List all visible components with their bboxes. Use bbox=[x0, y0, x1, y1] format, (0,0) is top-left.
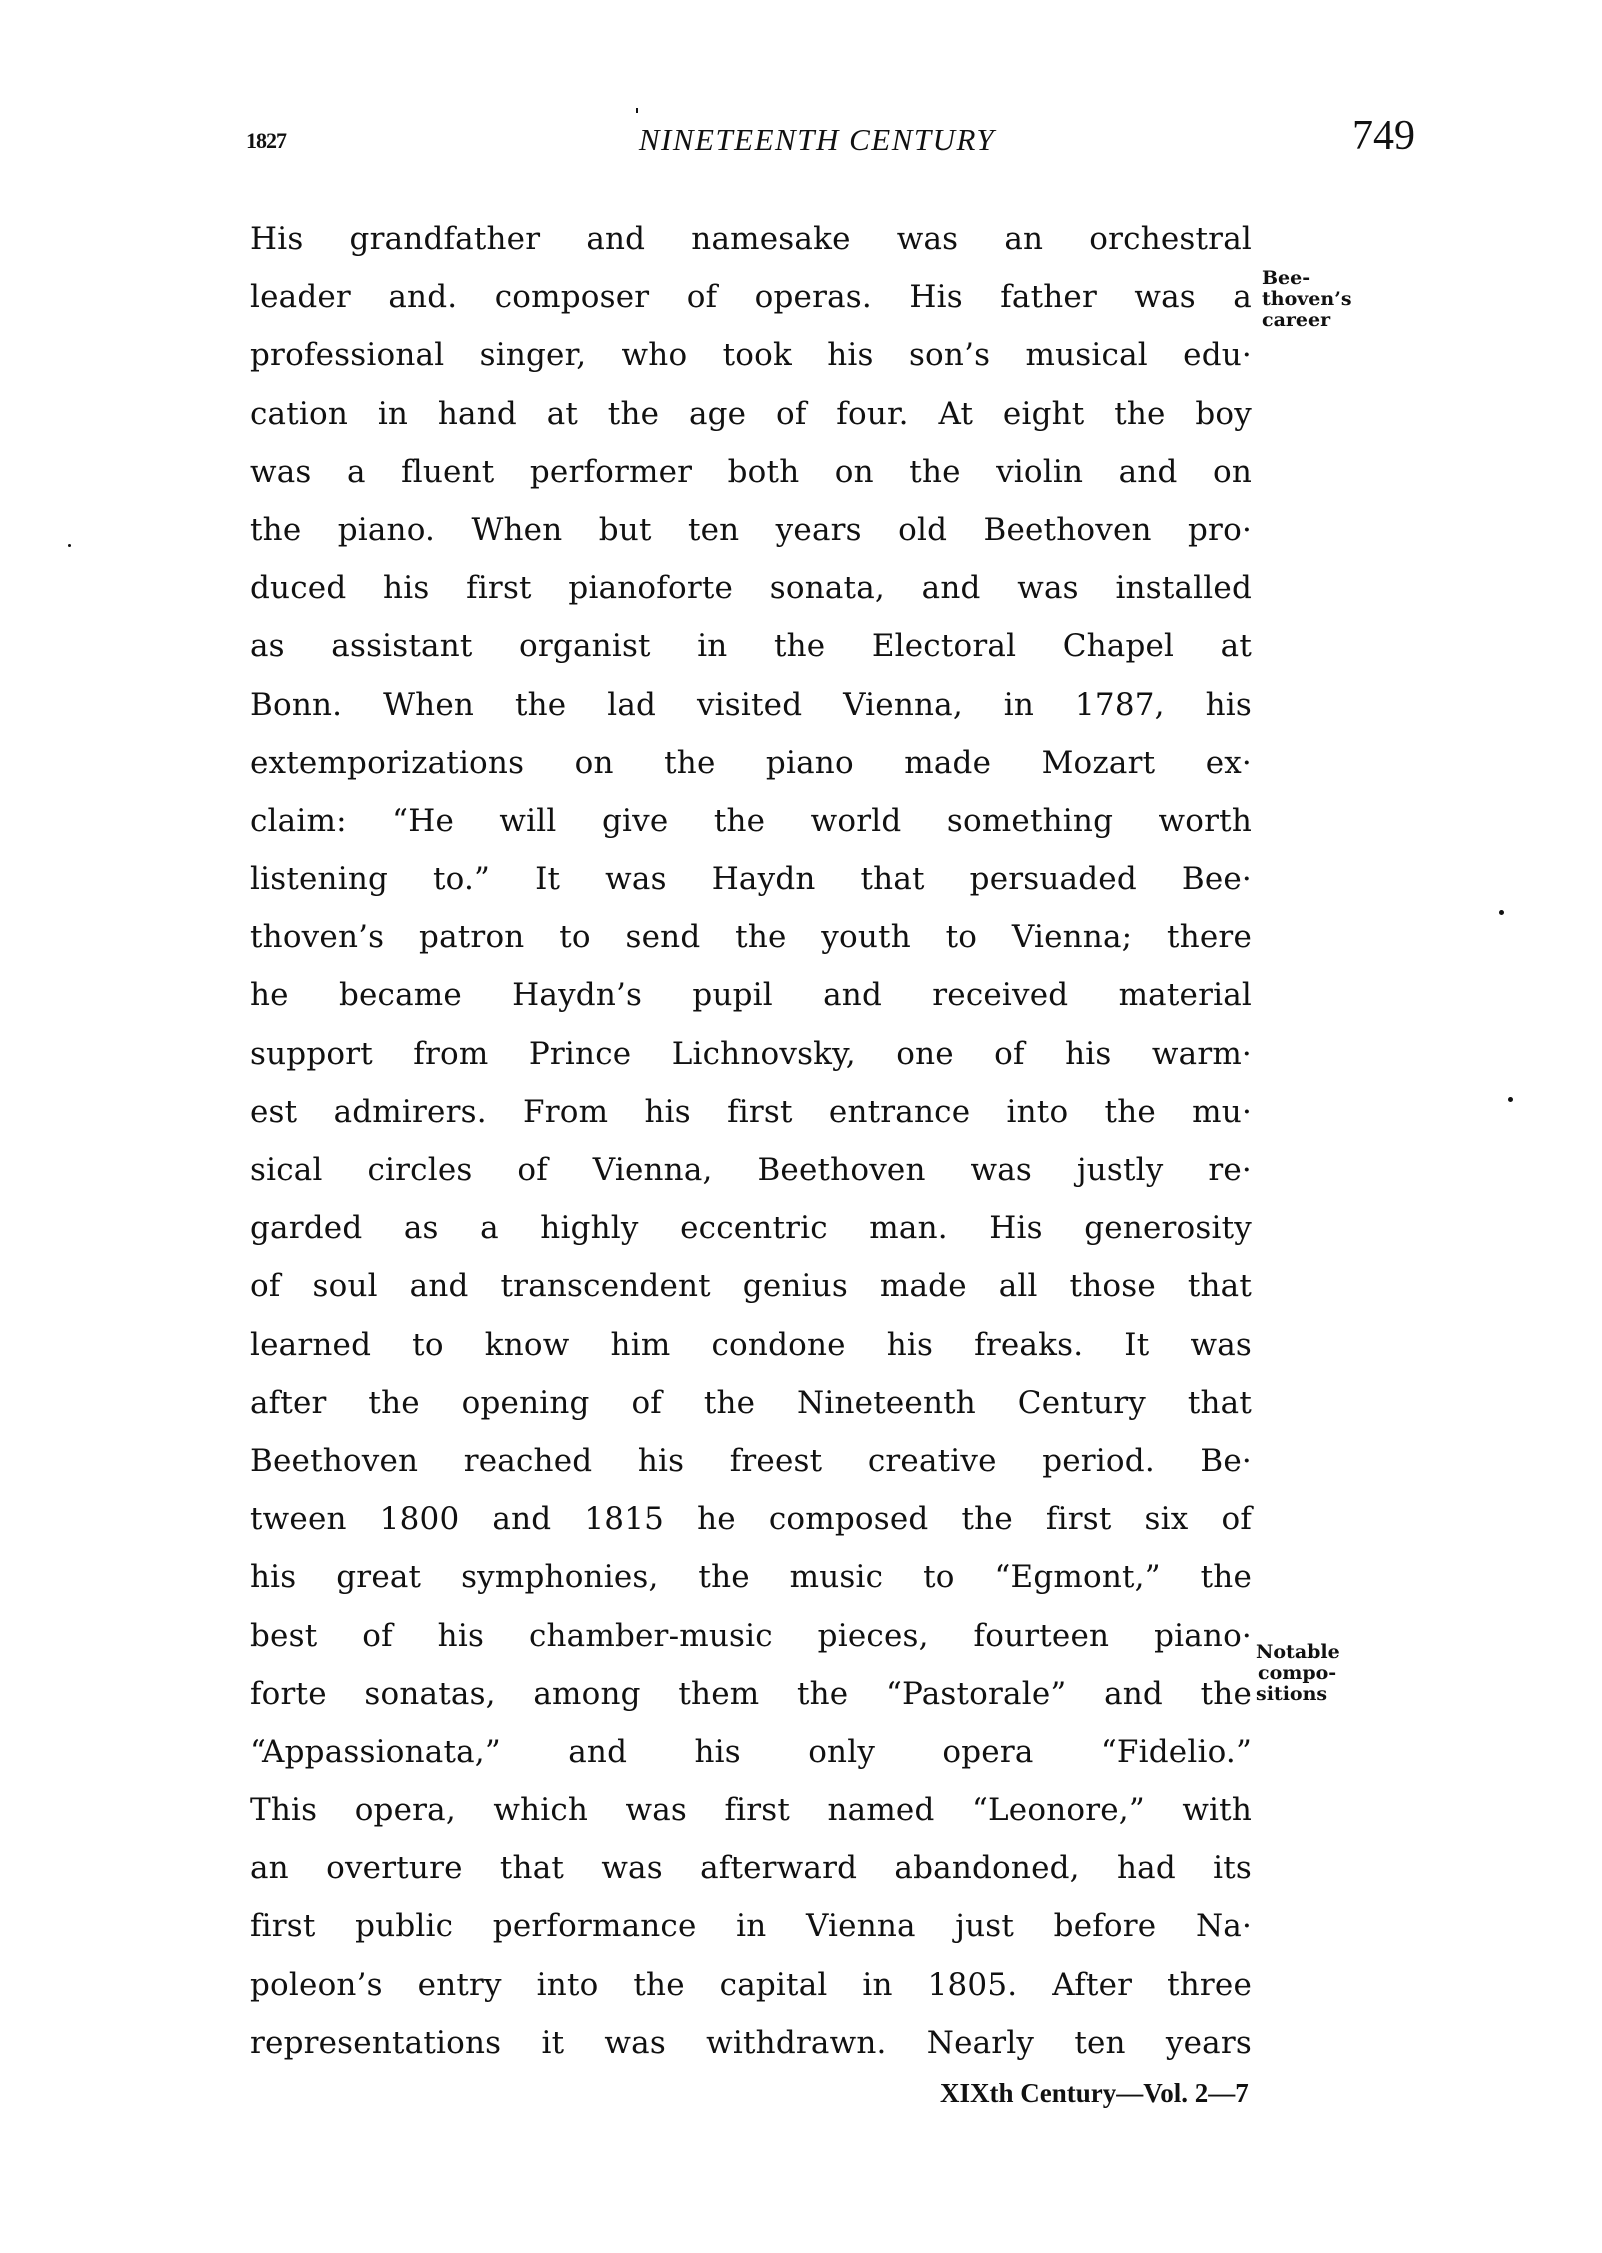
text-line: poleon’s entry into the capital in 1805.… bbox=[250, 1956, 1252, 2014]
text-line: he became Haydn’s pupil and received mat… bbox=[250, 966, 1252, 1024]
scan-speck bbox=[1508, 1097, 1513, 1102]
text-line: of soul and transcendent genius made all… bbox=[250, 1257, 1252, 1315]
text-line: professional singer, who took his son’s … bbox=[250, 326, 1252, 384]
scan-speck bbox=[68, 544, 71, 547]
text-line: This opera, which was first named “Leono… bbox=[250, 1781, 1252, 1839]
text-line: duced his first pianoforte sonata, and w… bbox=[250, 559, 1252, 617]
margin-note-line: thoven’s bbox=[1262, 289, 1352, 310]
text-line: learned to know him condone his freaks. … bbox=[250, 1316, 1252, 1374]
text-line: best of his chamber-music pieces, fourte… bbox=[250, 1607, 1252, 1665]
text-line: after the opening of the Nineteenth Cent… bbox=[250, 1374, 1252, 1432]
text-line: extemporizations on the piano made Mozar… bbox=[250, 734, 1252, 792]
text-line: tween 1800 and 1815 he composed the firs… bbox=[250, 1490, 1252, 1548]
signature-mark: XIXth Century—Vol. 2—7 bbox=[940, 2078, 1249, 2109]
text-line: forte sonatas, among them the “Pastorale… bbox=[250, 1665, 1252, 1723]
running-head-title: NINETEENTH CENTURY bbox=[597, 122, 1037, 158]
margin-note-line: sitions bbox=[1256, 1684, 1340, 1705]
text-line: the piano. When but ten years old Beetho… bbox=[250, 501, 1252, 559]
text-line: an overture that was afterward abandoned… bbox=[250, 1839, 1252, 1897]
text-line: leader and. composer of operas. His fath… bbox=[250, 268, 1252, 326]
running-head: 1827 NINETEENTH CENTURY 749 bbox=[0, 0, 1602, 200]
text-line: cation in hand at the age of four. At ei… bbox=[250, 385, 1252, 443]
text-line: listening to.” It was Haydn that persuad… bbox=[250, 850, 1252, 908]
margin-note-line: Notable bbox=[1256, 1642, 1340, 1663]
margin-note-line: compo- bbox=[1256, 1663, 1340, 1684]
margin-note-line: Bee- bbox=[1262, 268, 1352, 289]
text-line: sical circles of Vienna, Beethoven was j… bbox=[250, 1141, 1252, 1199]
text-line: was a fluent performer both on the violi… bbox=[250, 443, 1252, 501]
text-line: support from Prince Lichnovsky, one of h… bbox=[250, 1025, 1252, 1083]
text-line: as assistant organist in the Electoral C… bbox=[250, 617, 1252, 675]
text-line: Bonn. When the lad visited Vienna, in 17… bbox=[250, 676, 1252, 734]
text-line: his great symphonies, the music to “Egmo… bbox=[250, 1548, 1252, 1606]
text-line: garded as a highly eccentric man. His ge… bbox=[250, 1199, 1252, 1257]
text-line: claim: “He will give the world something… bbox=[250, 792, 1252, 850]
text-line: thoven’s patron to send the youth to Vie… bbox=[250, 908, 1252, 966]
body-text: His grandfather and namesake was an orch… bbox=[250, 210, 1252, 2072]
margin-note-beethovens-career: Bee- thoven’s career bbox=[1262, 268, 1352, 331]
scan-speck bbox=[1499, 910, 1504, 915]
text-line: Beethoven reached his freest creative pe… bbox=[250, 1432, 1252, 1490]
margin-note-notable-compositions: Notable compo- sitions bbox=[1256, 1642, 1340, 1705]
text-line: “Appassionata,” and his only opera “Fide… bbox=[250, 1723, 1252, 1781]
book-page: 1827 NINETEENTH CENTURY 749 His grandfat… bbox=[0, 0, 1602, 2253]
running-head-year: 1827 bbox=[246, 128, 286, 154]
text-line: representations it was withdrawn. Nearly… bbox=[250, 2014, 1252, 2072]
margin-note-line: career bbox=[1262, 310, 1352, 331]
page-number: 749 bbox=[1352, 112, 1415, 160]
print-mark bbox=[636, 108, 638, 113]
text-line: His grandfather and namesake was an orch… bbox=[250, 210, 1252, 268]
text-line: first public performance in Vienna just … bbox=[250, 1897, 1252, 1955]
text-line: est admirers. From his first entrance in… bbox=[250, 1083, 1252, 1141]
